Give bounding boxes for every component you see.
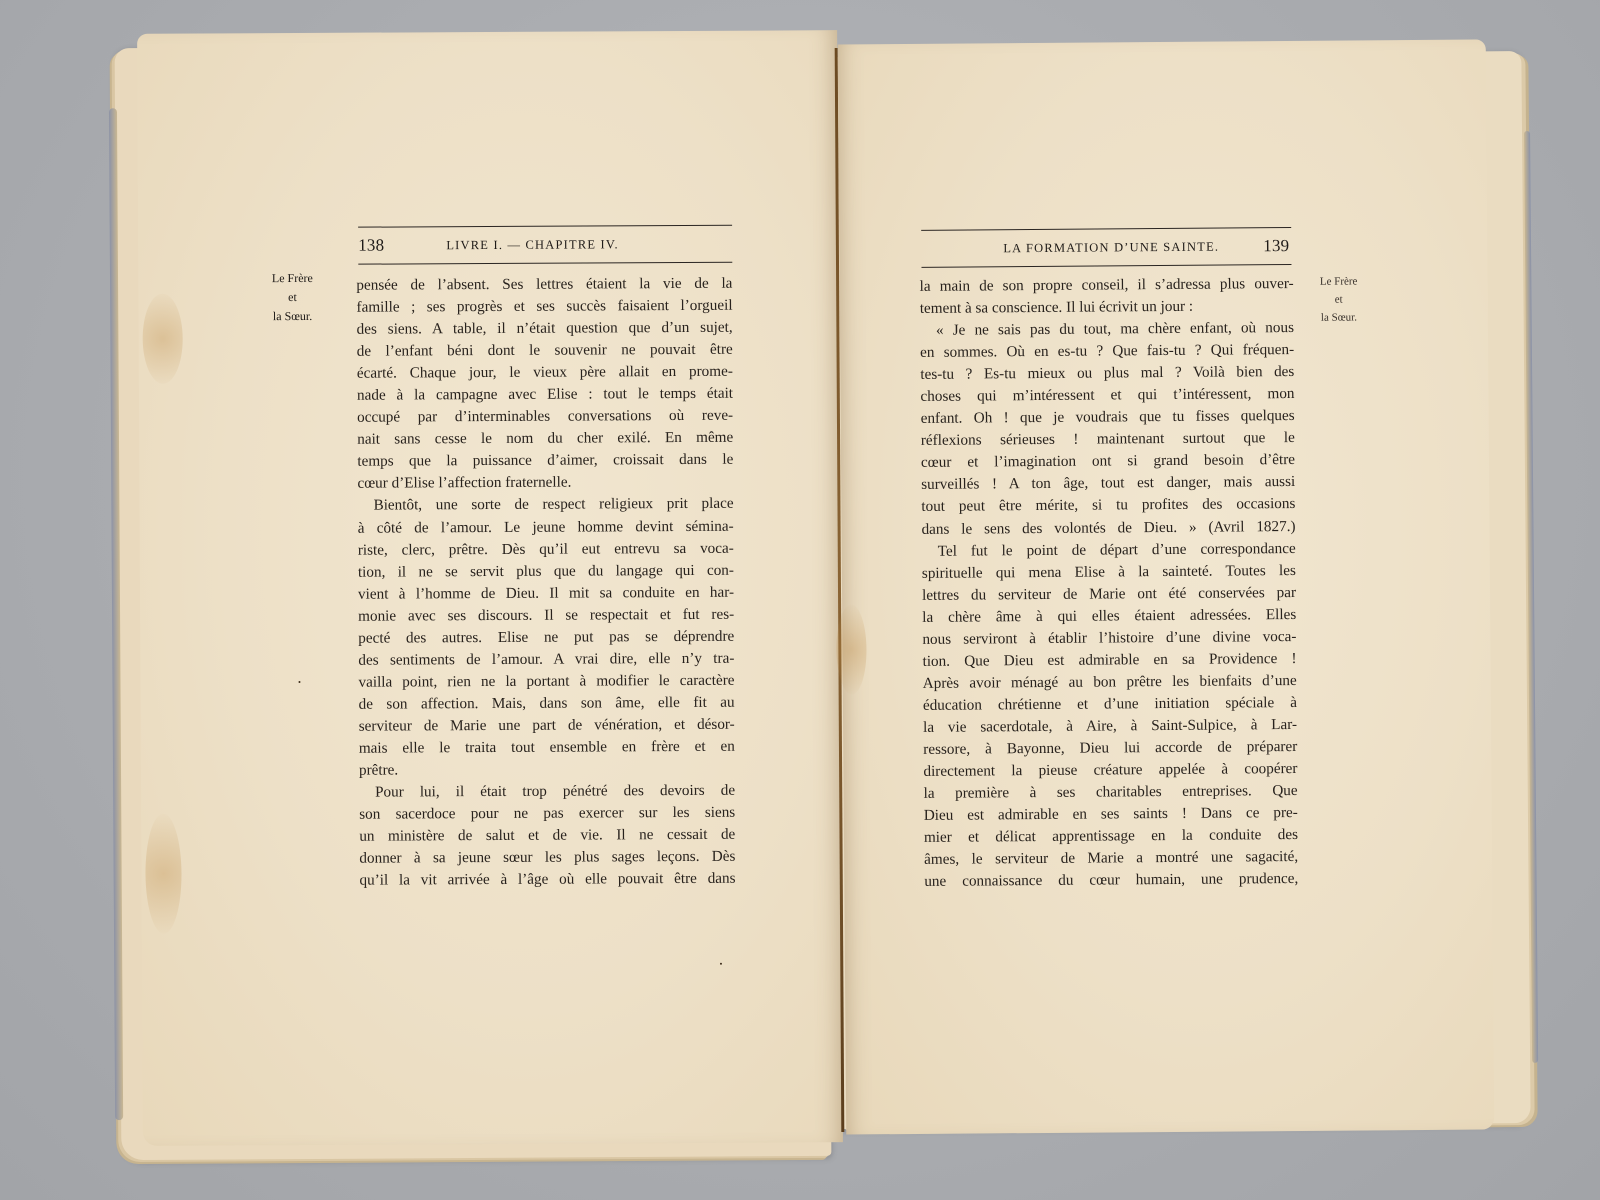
text-line: lettres du serviteur de Marie ont été co… [922,582,1296,607]
text-line: tion. Que Dieu est admirable en sa Provi… [922,648,1296,673]
margin-note-line: et [256,288,328,307]
text-line: une connaissance du cœur humain, une pru… [924,868,1298,893]
text-line: la première à ses charitables entreprise… [924,780,1298,805]
book-title: LA FORMATION D’UNE SAINTE. [1003,239,1219,256]
foxing-stain [836,604,867,694]
text-line: des sentiments de l’amour. A vrai dire, … [358,648,734,672]
text-line: occupé par d’interminables conversations… [357,405,733,429]
chapter-title: LIVRE I. — CHAPITRE IV. [446,237,619,253]
body-text-right: la main de son propre conseil, il s’adre… [920,273,1299,893]
text-line: âmes, le serviteur de Marie a montré une… [924,846,1298,871]
text-line: vailla point, rien ne la portant à modif… [358,670,734,694]
text-line: « Je ne sais pas du tout, ma chère enfan… [920,317,1294,342]
text-line: Pour lui, il était trop pénétré des devo… [359,780,735,804]
foxing-stain [145,814,182,934]
text-line: ressore, à Bayonne, Dieu lui accorde de … [923,736,1297,761]
open-book: 138 LIVRE I. — CHAPITRE IV. Le Frère et … [0,0,1600,1200]
text-line: mier et délicat apprentissage en la cond… [924,824,1298,849]
text-line: prêtre. [359,758,735,782]
margin-note-line: la Sœur. [257,307,329,326]
text-line: spirituelle qui mena Elise à la sainteté… [922,560,1296,585]
text-line: en sommes. Où en es-tu ? Que fais-tu ? Q… [920,339,1294,364]
text-line: cœur et l’imagination ont si grand besoi… [921,449,1295,474]
text-line: pensée de l’absent. Ses lettres étaient … [356,273,732,297]
text-line: Dieu est admirable en ses saints ! Dans … [924,802,1298,827]
text-line: qu’il la vit arrivée à l’âge où elle pou… [359,868,735,892]
margin-note-line: Le Frère [256,269,328,288]
text-line: nade à la campagne avec Elise : tout le … [357,383,733,407]
text-line: Bientôt, une sorte de respect religieux … [358,493,734,517]
text-line: tement à sa conscience. Il lui écrivit u… [920,295,1294,320]
text-line: choses qui m’intéressent et qui t’intére… [920,383,1294,408]
running-head-left: 138 LIVRE I. — CHAPITRE IV. [358,225,732,265]
ink-speck [720,963,722,965]
running-head-right: LA FORMATION D’UNE SAINTE. 139 [921,227,1291,268]
foxing-stain [142,294,182,384]
text-line: réflexions sérieuses ! maintenant surtou… [921,427,1295,452]
margin-note: Le Frère et la Sœur. [256,269,328,326]
text-line: serviteur de Marie une part de vénératio… [359,714,735,738]
right-page: LA FORMATION D’UNE SAINTE. 139 Le Frère … [838,39,1495,1134]
margin-note-line: la Sœur. [1306,308,1372,327]
text-line: surveillés ! A ton âge, tout est danger,… [921,471,1295,496]
text-line: enfant. Oh ! que je voudrais que tu fiss… [921,405,1295,430]
text-line: nait sans cesse le nom du cher exilé. En… [357,427,733,451]
text-line: Tel fut le point de départ d’une corresp… [922,538,1296,563]
text-line: Après avoir ménagé au bon prêtre les bie… [923,670,1297,695]
text-line: à côté de l’amour. Le jeune homme devint… [358,515,734,539]
page-number: 138 [358,236,384,256]
text-line: nous serviront à établir l’histoire d’un… [922,626,1296,651]
text-line: de l’enfant béni dont le souvenir ne pou… [357,339,733,363]
page-number: 139 [1263,236,1289,256]
body-text-left: pensée de l’absent. Ses lettres étaient … [356,273,735,892]
margin-note: Le Frère et la Sœur. [1306,272,1372,327]
text-line: donner à sa jeune sœur les plus sages le… [359,846,735,870]
text-line: des siens. A table, il n’était question … [357,317,733,341]
text-line: écarté. Chaque jour, le vieux père allai… [357,361,733,385]
ink-speck [298,681,300,683]
text-line: riste, clerc, prêtre. Dès qu’il eut entr… [358,537,734,561]
text-line: tion, il ne se servit plus que du langag… [358,559,734,583]
text-line: monie avec ses discours. Il se respectai… [358,603,734,627]
text-line: tout peut être mérite, si tu profites de… [921,493,1295,518]
text-line: dans le sens des volontés de Dieu. » (Av… [921,515,1295,540]
text-line: la chère âme à qui elles étaient adressé… [922,604,1296,629]
text-line: vient à l’homme de Dieu. Il mit sa condu… [358,581,734,605]
text-line: la main de son propre conseil, il s’adre… [920,273,1294,298]
left-page: 138 LIVRE I. — CHAPITRE IV. Le Frère et … [137,30,843,1146]
text-line: cœur d’Elise l’affection fraternelle. [357,471,733,495]
text-line: un ministère de salut et de vie. Il ne c… [359,824,735,848]
text-line: directement la pieuse créature appelée à… [923,758,1297,783]
text-line: éducation chrétienne et d’une initiation… [923,692,1297,717]
margin-note-line: Le Frère [1306,272,1372,291]
text-line: famille ; ses progrès et ses succès fais… [356,295,732,319]
text-line: temps que la puissance d’aimer, croissai… [357,449,733,473]
text-line: tes-tu ? Es-tu mieux ou plus mal ? Voilà… [920,361,1294,386]
text-line: mais elle le traita tout ensemble en frè… [359,736,735,760]
text-line: son sacerdoce pour ne pas exercer sur le… [359,802,735,826]
text-line: de son affection. Mais, dans son âme, el… [359,692,735,716]
margin-note-line: et [1306,290,1372,309]
text-line: la vie sacerdotale, à Aire, à Saint-Sulp… [923,714,1297,739]
text-line: pecté des autres. Elise ne put pas se dé… [358,625,734,649]
